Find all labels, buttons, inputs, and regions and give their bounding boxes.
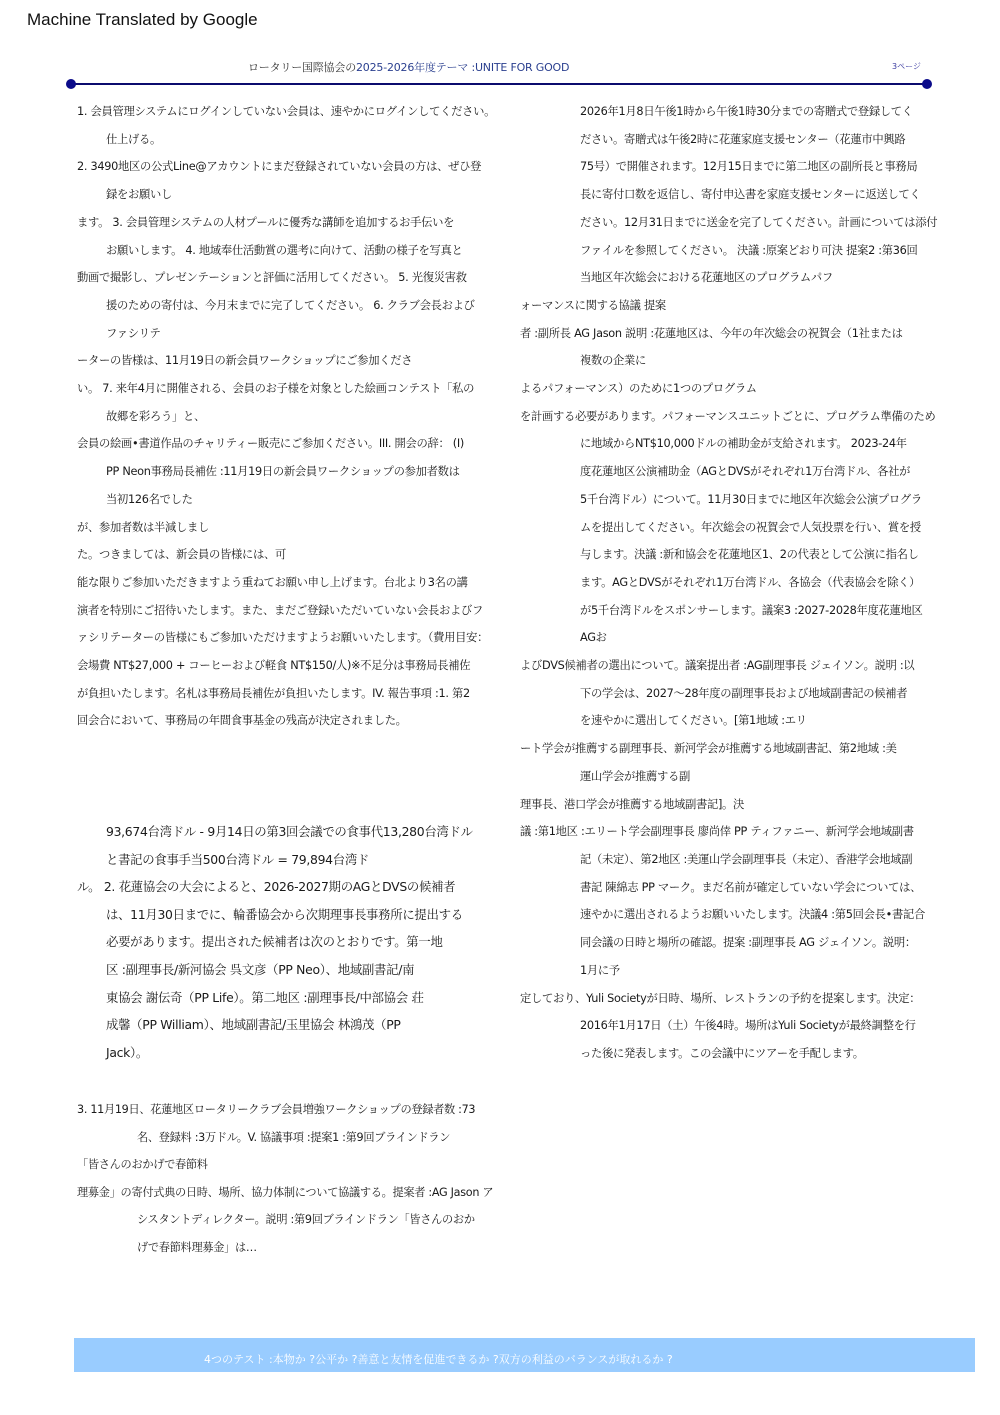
text-line: 同会議の日時と場所の確認。提案 :副理事長 AG ジェイソン。説明： <box>520 929 940 957</box>
text-line: ァシリテーターの皆様にもご参加いただけますようお願いいたします。（費用目安： <box>77 624 497 652</box>
text-line: お願いします。 4. 地域奉仕活動賞の選考に向けて、活動の様子を写真と <box>77 237 497 265</box>
text-line: 「皆さんのおかげで春節料 <box>77 1151 497 1179</box>
text-line: 理募金」の寄付式典の日時、場所、協力体制について協議する。提案者 :AG Jas… <box>77 1179 497 1207</box>
header-title-org: ロータリー国際協会の <box>248 61 356 74</box>
text-line: 区 :副理事長/新河協会 呉文彦（PP Neo）、地域副書記/南 <box>77 956 497 984</box>
text-line: い。 7. 来年4月に開催される、会員のお子様を対象とした絵画コンテスト「私の <box>77 375 497 403</box>
header-title-theme: 2025-2026年度テーマ :UNITE FOR GOOD <box>356 61 569 74</box>
text-line: 2026年1月8日午後1時から午後1時30分までの寄贈式で登録してく <box>520 98 940 126</box>
right-column: 2026年1月8日午後1時から午後1時30分までの寄贈式で登録してください。寄贈… <box>520 98 940 1068</box>
text-line: に地域からNT$10,000ドルの補助金が支給されます。 2023-24年 <box>520 430 940 458</box>
text-line: 回会合において、事務局の年間食事基金の残高が決定されました。 <box>77 707 497 735</box>
text-line: 理事長、港口学会が推薦する地域副書記]。決 <box>520 791 940 819</box>
text-line: 2. 3490地区の公式Line@アカウントにまだ登録されていない会員の方は、ぜ… <box>77 153 497 181</box>
page-header-title: ロータリー国際協会の2025-2026年度テーマ :UNITE FOR GOOD <box>248 59 569 75</box>
text-line: は、11月30日までに、輪番協会から次期理事長事務所に提出する <box>77 901 497 929</box>
text-line: 会場費 NT$27,000 + コーヒーおよび軽食 NT$150/人)※不足分は… <box>77 652 497 680</box>
text-line: 1月に予 <box>520 957 940 985</box>
text-line: 当初126名でした <box>77 486 497 514</box>
text-line: げで春節料理募金」は… <box>77 1234 497 1262</box>
text-line: ます。AGとDVSがそれぞれ1万台湾ドル、各協会（代表協会を除く） <box>520 569 940 597</box>
text-line: 当地区年次総会における花蓮地区のプログラムパフ <box>520 264 940 292</box>
text-line: が5千台湾ドルをスポンサーします。議案3 :2027-2028年度花蓮地区 <box>520 597 940 625</box>
page-number: 3ページ <box>892 61 921 72</box>
text-line: を計画する必要があります。パフォーマンスユニットごとに、プログラム準備のため <box>520 403 940 431</box>
text-line: 75号）で開催されます。12月15日までに第二地区の副所長と事務局 <box>520 153 940 181</box>
left-column-block-1: 1. 会員管理システムにログインしていない会員は、速やかにログインしてください。… <box>77 98 497 735</box>
text-line: 能な限りご参加いただきますよう重ねてお願い申し上げます。台北より3名の講 <box>77 569 497 597</box>
header-divider <box>70 83 928 85</box>
text-line: ファイルを参照してください。 決議 :原案どおり可決 提案2 :第36回 <box>520 237 940 265</box>
text-line: 2016年1月17日（土）午後4時。場所はYuli Societyが最終調整を行 <box>520 1012 940 1040</box>
text-line: 下の学会は、2027～28年度の副理事長および地域副書記の候補者 <box>520 680 940 708</box>
text-line: た。つきましては、新会員の皆様には、可 <box>77 541 497 569</box>
text-line: 会員の絵画•書道作品のチャリティー販売にご参加ください。III. 開会の辞： (… <box>77 430 497 458</box>
text-line: った後に発表します。この会議中にツアーを手配します。 <box>520 1040 940 1068</box>
text-line: を速やかに選出してください。[第1地域 :エリ <box>520 707 940 735</box>
text-line: ーターの皆様は、11月19日の新会員ワークショップにご参加くださ <box>77 347 497 375</box>
text-line: ださい。寄贈式は午後2時に花蓮家庭支援センター（花蓮市中興路 <box>520 126 940 154</box>
text-line: AGお <box>520 624 940 652</box>
left-column-block-2: 93,674台湾ドル - 9月14日の第3回会議での食事代13,280台湾ドルと… <box>77 818 497 1066</box>
text-line: 成馨（PP William）、地域副書記/玉里協会 林鴻茂（PP <box>77 1011 497 1039</box>
text-line: 仕上げる。 <box>77 126 497 154</box>
text-line: PP Neon事務局長補佐 :11月19日の新会員ワークショップの参加者数は <box>77 458 497 486</box>
divider-dot-left-icon <box>66 79 76 89</box>
text-line: 録をお願いし <box>77 181 497 209</box>
divider-dot-right-icon <box>922 79 932 89</box>
four-way-test-footer: 4つのテスト :本物か ?公平か ?善意と友情を促進できるか ?双方の利益のバラ… <box>74 1338 975 1372</box>
text-line: 援のための寄付は、今月末までに完了してください。 6. クラブ会長および <box>77 292 497 320</box>
text-line: 長に寄付口数を返信し、寄付申込書を家庭支援センターに返送してく <box>520 181 940 209</box>
text-line: 運山学会が推薦する副 <box>520 763 940 791</box>
text-line: 必要があります。提出された候補者は次のとおりです。第一地 <box>77 928 497 956</box>
text-line: 書記 陳綿志 PP マーク。まだ名前が確定していない学会については、 <box>520 874 940 902</box>
text-line: ファシリテ <box>77 320 497 348</box>
text-line: よるパフォーマンス）のために1つのプログラム <box>520 375 940 403</box>
machine-translated-banner: Machine Translated by Google <box>27 10 258 30</box>
text-line: 93,674台湾ドル - 9月14日の第3回会議での食事代13,280台湾ドル <box>77 818 497 846</box>
text-line: 速やかに選出されるようお願いいたします。決議4 :第5回会長•書記合 <box>520 901 940 929</box>
text-line: 者 :副所長 AG Jason 説明 :花蓮地区は、今年の年次総会の祝賀会（1社… <box>520 320 940 348</box>
text-line: 議 :第1地区 :エリート学会副理事長 廖尚倖 PP ティファニー、新河学会地域… <box>520 818 940 846</box>
left-column-block-3: 3. 11月19日、花蓮地区ロータリークラブ会員増強ワークショップの登録者数 :… <box>77 1096 497 1262</box>
text-line: 1. 会員管理システムにログインしていない会員は、速やかにログインしてください。 <box>77 98 497 126</box>
text-line: ムを提出してください。年次総会の祝賀会で人気投票を行い、賞を授 <box>520 514 940 542</box>
text-line: 度花蓮地区公演補助金（AGとDVSがそれぞれ1万台湾ドル、各社が <box>520 458 940 486</box>
text-line: 東協会 謝伝奇（PP Life）。第二地区 :副理事長/中部協会 荘 <box>77 984 497 1012</box>
text-line: 5千台湾ドル）について。11月30日までに地区年次総会公演プログラ <box>520 486 940 514</box>
footer-text: 4つのテスト :本物か ?公平か ?善意と友情を促進できるか ?双方の利益のバラ… <box>204 1351 673 1367</box>
text-line: 記（未定）、第2地区 :美運山学会副理事長（未定）、香港学会地域副 <box>520 846 940 874</box>
text-line: と書記の食事手当500台湾ドル = 79,894台湾ド <box>77 846 497 874</box>
text-line: 定しており、Yuli Societyが日時、場所、レストランの予約を提案します。… <box>520 985 940 1013</box>
text-line: ます。 3. 会員管理システムの人材プールに優秀な講師を追加するお手伝いを <box>77 209 497 237</box>
text-line: ださい。12月31日までに送金を完了してください。計画については添付 <box>520 209 940 237</box>
text-line: 故郷を彩ろう」と、 <box>77 403 497 431</box>
text-line: ォーマンスに関する協議 提案 <box>520 292 940 320</box>
text-line: Jack）。 <box>77 1039 497 1067</box>
text-line: が、参加者数は半減しまし <box>77 514 497 542</box>
text-line: 名、登録料 :3万ドル。V. 協議事項 :提案1 :第9回ブラインドラン <box>77 1124 497 1152</box>
text-line: ル。 2. 花蓮協会の大会によると、2026-2027期のAGとDVSの候補者 <box>77 873 497 901</box>
text-line: 動画で撮影し、プレゼンテーションと評価に活用してください。 5. 光復災害救 <box>77 264 497 292</box>
text-line: よびDVS候補者の選出について。議案提出者 :AG副理事長 ジェイソン。説明 :… <box>520 652 940 680</box>
text-line: 複数の企業に <box>520 347 940 375</box>
text-line: 演者を特別にご招待いたします。また、まだご登録いただいていない会長およびフ <box>77 597 497 625</box>
text-line: シスタントディレクター。説明 :第9回ブラインドラン「皆さんのおか <box>77 1206 497 1234</box>
text-line: 与します。決議 :新和協会を花蓮地区1、2の代表として公演に指名し <box>520 541 940 569</box>
text-line: が負担いたします。名札は事務局長補佐が負担いたします。IV. 報告事項 :1. … <box>77 680 497 708</box>
text-line: ート学会が推薦する副理事長、新河学会が推薦する地域副書記、第2地域 :美 <box>520 735 940 763</box>
text-line: 3. 11月19日、花蓮地区ロータリークラブ会員増強ワークショップの登録者数 :… <box>77 1096 497 1124</box>
